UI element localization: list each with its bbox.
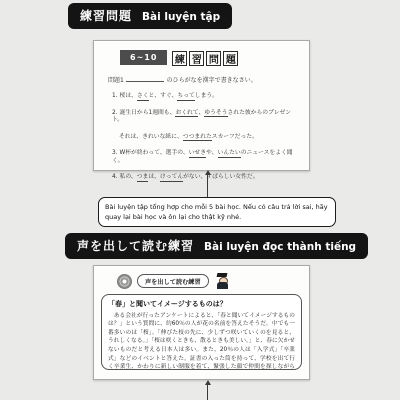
blank-underline <box>126 75 164 82</box>
section-header-reading: 声を出して読む練習 Bài luyện đọc thành tiếng <box>65 233 368 259</box>
section-header-practice: 練習問題 Bài luyện tập <box>68 3 232 29</box>
lesson-range-badge: 6~10 <box>120 50 167 65</box>
section-header-practice-vi: Bài luyện tập <box>142 11 220 23</box>
exercise-line: 3.W杯が終わって、選手の、いせきや、いんたいのニュースをよく聞く。 <box>112 150 297 165</box>
exercise-line: それは、きれいな紙に、つつまれたスカーフだった。 <box>119 134 297 142</box>
graduate-student-icon <box>214 273 230 290</box>
section-header-reading-jp: 声を出して読む練習 <box>77 237 194 254</box>
boxed-title-char: 習 <box>189 51 204 66</box>
boxed-title-char: 問 <box>206 51 221 66</box>
arrowhead-icon <box>205 170 211 175</box>
callout-arrow-up-bottom <box>207 384 208 400</box>
reading-header: 声を出して読む練習 <box>117 271 302 291</box>
reading-section-pill: 声を出して読む練習 <box>137 274 209 288</box>
exercise-line: 4.私の、つまは、けってんがない、すばらしい女性だ。 <box>112 174 297 182</box>
exercise-line: 2.誕生日から1週間も、おくれて、ゆうそうされた彼からのプレゼント。 <box>112 110 297 125</box>
book-guide-page: 練習問題 Bài luyện tập 6~10 練習問題 問題1 のひらがなを漢… <box>0 0 400 400</box>
reading-page-screenshot: 声を出して読む練習 「春」と聞いてイメージするものは？ ある会社が行ったアンケー… <box>93 265 310 380</box>
passage-body: ある会社が行ったアンケートによると、「春と聞いてイメージするものは？」という質問… <box>108 312 295 371</box>
exercise-header: 6~10 練習問題 <box>120 48 297 67</box>
exercise-instruction-text: のひらがなを漢字で書きなさい。 <box>167 77 257 84</box>
boxed-title-char: 練 <box>172 51 187 66</box>
practice-page-screenshot: 6~10 練習問題 問題1 のひらがなを漢字で書きなさい。 1.桜は、さくと、す… <box>93 40 310 171</box>
exercise-line-number: 4. <box>112 174 118 180</box>
exercise-lines: 1.桜は、さくと、すぐ、ちってしまう。2.誕生日から1週間も、おくれて、ゆうそう… <box>106 93 297 182</box>
boxed-title-char: 題 <box>223 51 238 66</box>
section-header-practice-jp: 練習問題 <box>80 7 132 24</box>
practice-note-callout: Bài luyện tập tổng hợp cho mỗi 5 bài học… <box>98 197 336 227</box>
reading-passage-box: 「春」と聞いてイメージするものは？ ある会社が行ったアンケートによると、「春と聞… <box>101 294 302 370</box>
section-header-reading-vi: Bài luyện đọc thành tiếng <box>204 241 356 253</box>
exercise-title-boxed: 練習問題 <box>172 48 240 67</box>
exercise-line-number: 3. <box>112 150 118 156</box>
exercise-line: 1.桜は、さくと、すぐ、ちってしまう。 <box>112 93 297 101</box>
exercise-line-number: 1. <box>112 93 118 99</box>
passage-title: 「春」と聞いてイメージするものは？ <box>108 299 295 309</box>
exercise-line-number: 2. <box>112 110 118 116</box>
exercise-instruction: 問題1 のひらがなを漢字で書きなさい。 <box>108 75 297 84</box>
cd-icon <box>117 274 132 289</box>
callout-arrow-up <box>207 174 208 197</box>
arrowhead-icon <box>205 380 211 385</box>
exercise-instruction-label: 問題1 <box>108 77 124 84</box>
